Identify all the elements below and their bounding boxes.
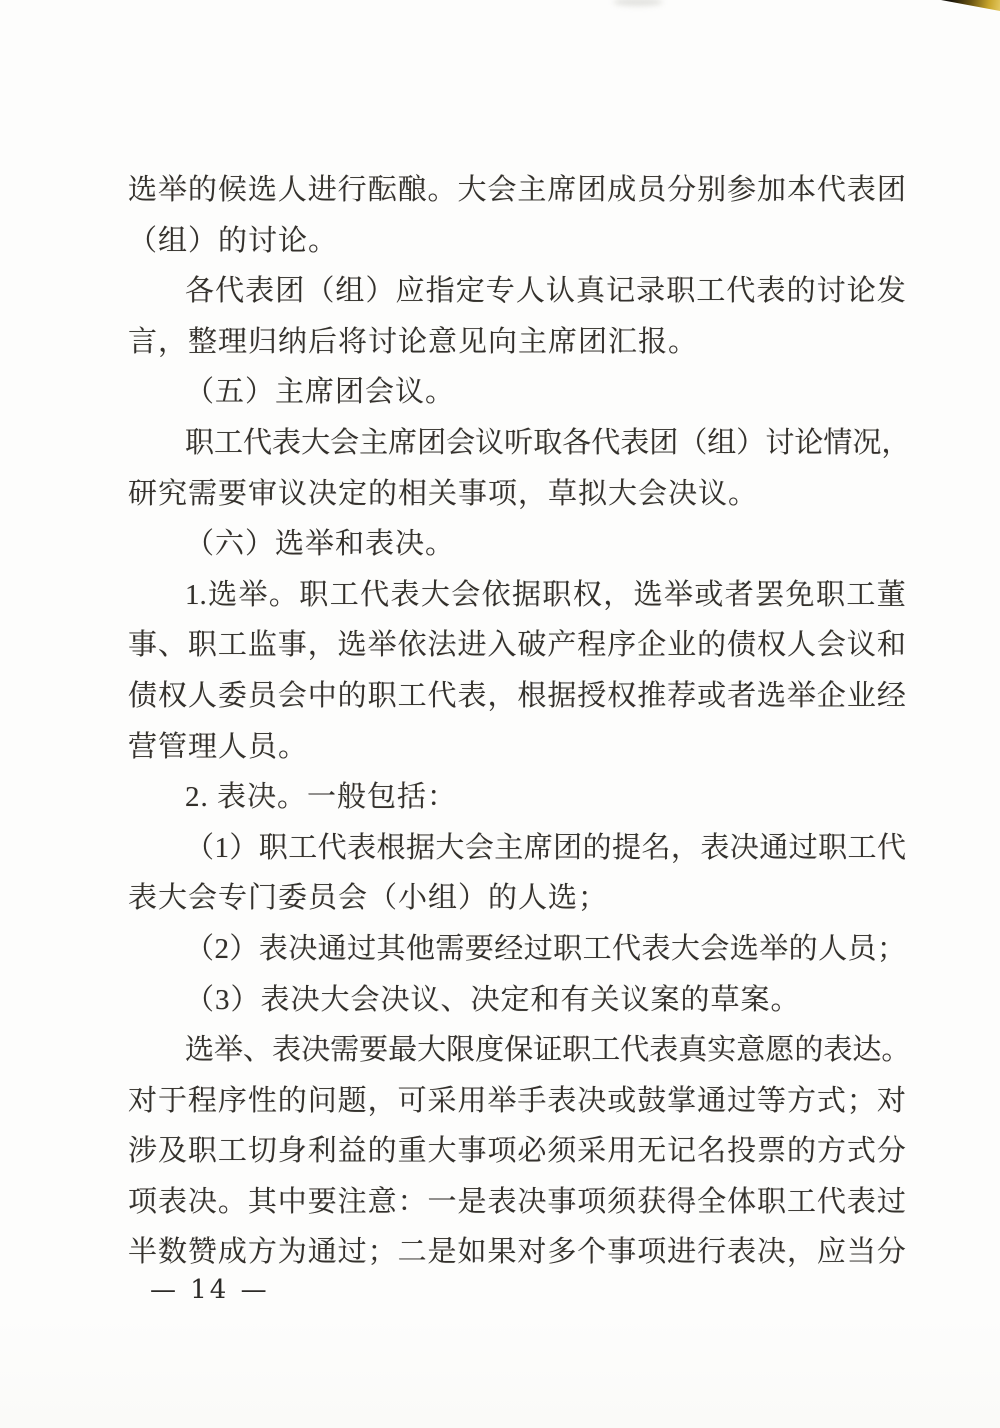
scan-smudge-artifact [613,0,663,6]
text-line: 项表决。其中要注意：一是表决事项须获得全体职工代表过 [128,1177,906,1228]
text-line: 选举、表决需要最大限度保证职工代表真实意愿的表达。 [128,1025,906,1076]
text-line: 研究需要审议决定的相关事项，草拟大会决议。 [128,469,906,520]
text-line: 对于程序性的问题，可采用举手表决或鼓掌通过等方式；对 [128,1076,906,1127]
text-line: （组）的讨论。 [128,216,906,267]
text-line: 表大会专门委员会（小组）的人选； [128,873,906,924]
text-line: 营管理人员。 [128,722,906,773]
text-line: 言，整理归纳后将讨论意见向主席团汇报。 [128,317,906,368]
text-line: （1）职工代表根据大会主席团的提名，表决通过职工代 [128,823,906,874]
text-line: 职工代表大会主席团会议听取各代表团（组）讨论情况， [128,418,906,469]
text-line: 1.选举。职工代表大会依据职权，选举或者罢免职工董 [128,570,906,621]
page-number: — 14 — [150,1270,270,1310]
text-line: 涉及职工切身利益的重大事项必须采用无记名投票的方式分 [128,1126,906,1177]
text-line: （3）表决大会决议、决定和有关议案的草案。 [128,975,906,1026]
text-block: 选举的候选人进行酝酿。大会主席团成员分别参加本代表团（组）的讨论。各代表团（组）… [128,165,906,1278]
text-line: （六）选举和表决。 [128,519,906,570]
text-line: 债权人委员会中的职工代表，根据授权推荐或者选举企业经 [128,671,906,722]
scan-corner-artifact [941,0,1000,11]
text-line: （五）主席团会议。 [128,367,906,418]
document-page: 选举的候选人进行酝酿。大会主席团成员分别参加本代表团（组）的讨论。各代表团（组）… [0,0,1000,1428]
text-line: （2）表决通过其他需要经过职工代表大会选举的人员； [128,924,906,975]
text-line: 2. 表决。一般包括： [128,772,906,823]
text-line: 选举的候选人进行酝酿。大会主席团成员分别参加本代表团 [128,165,906,216]
text-line: 事、职工监事，选举依法进入破产程序企业的债权人会议和 [128,620,906,671]
text-line: 各代表团（组）应指定专人认真记录职工代表的讨论发 [128,266,906,317]
